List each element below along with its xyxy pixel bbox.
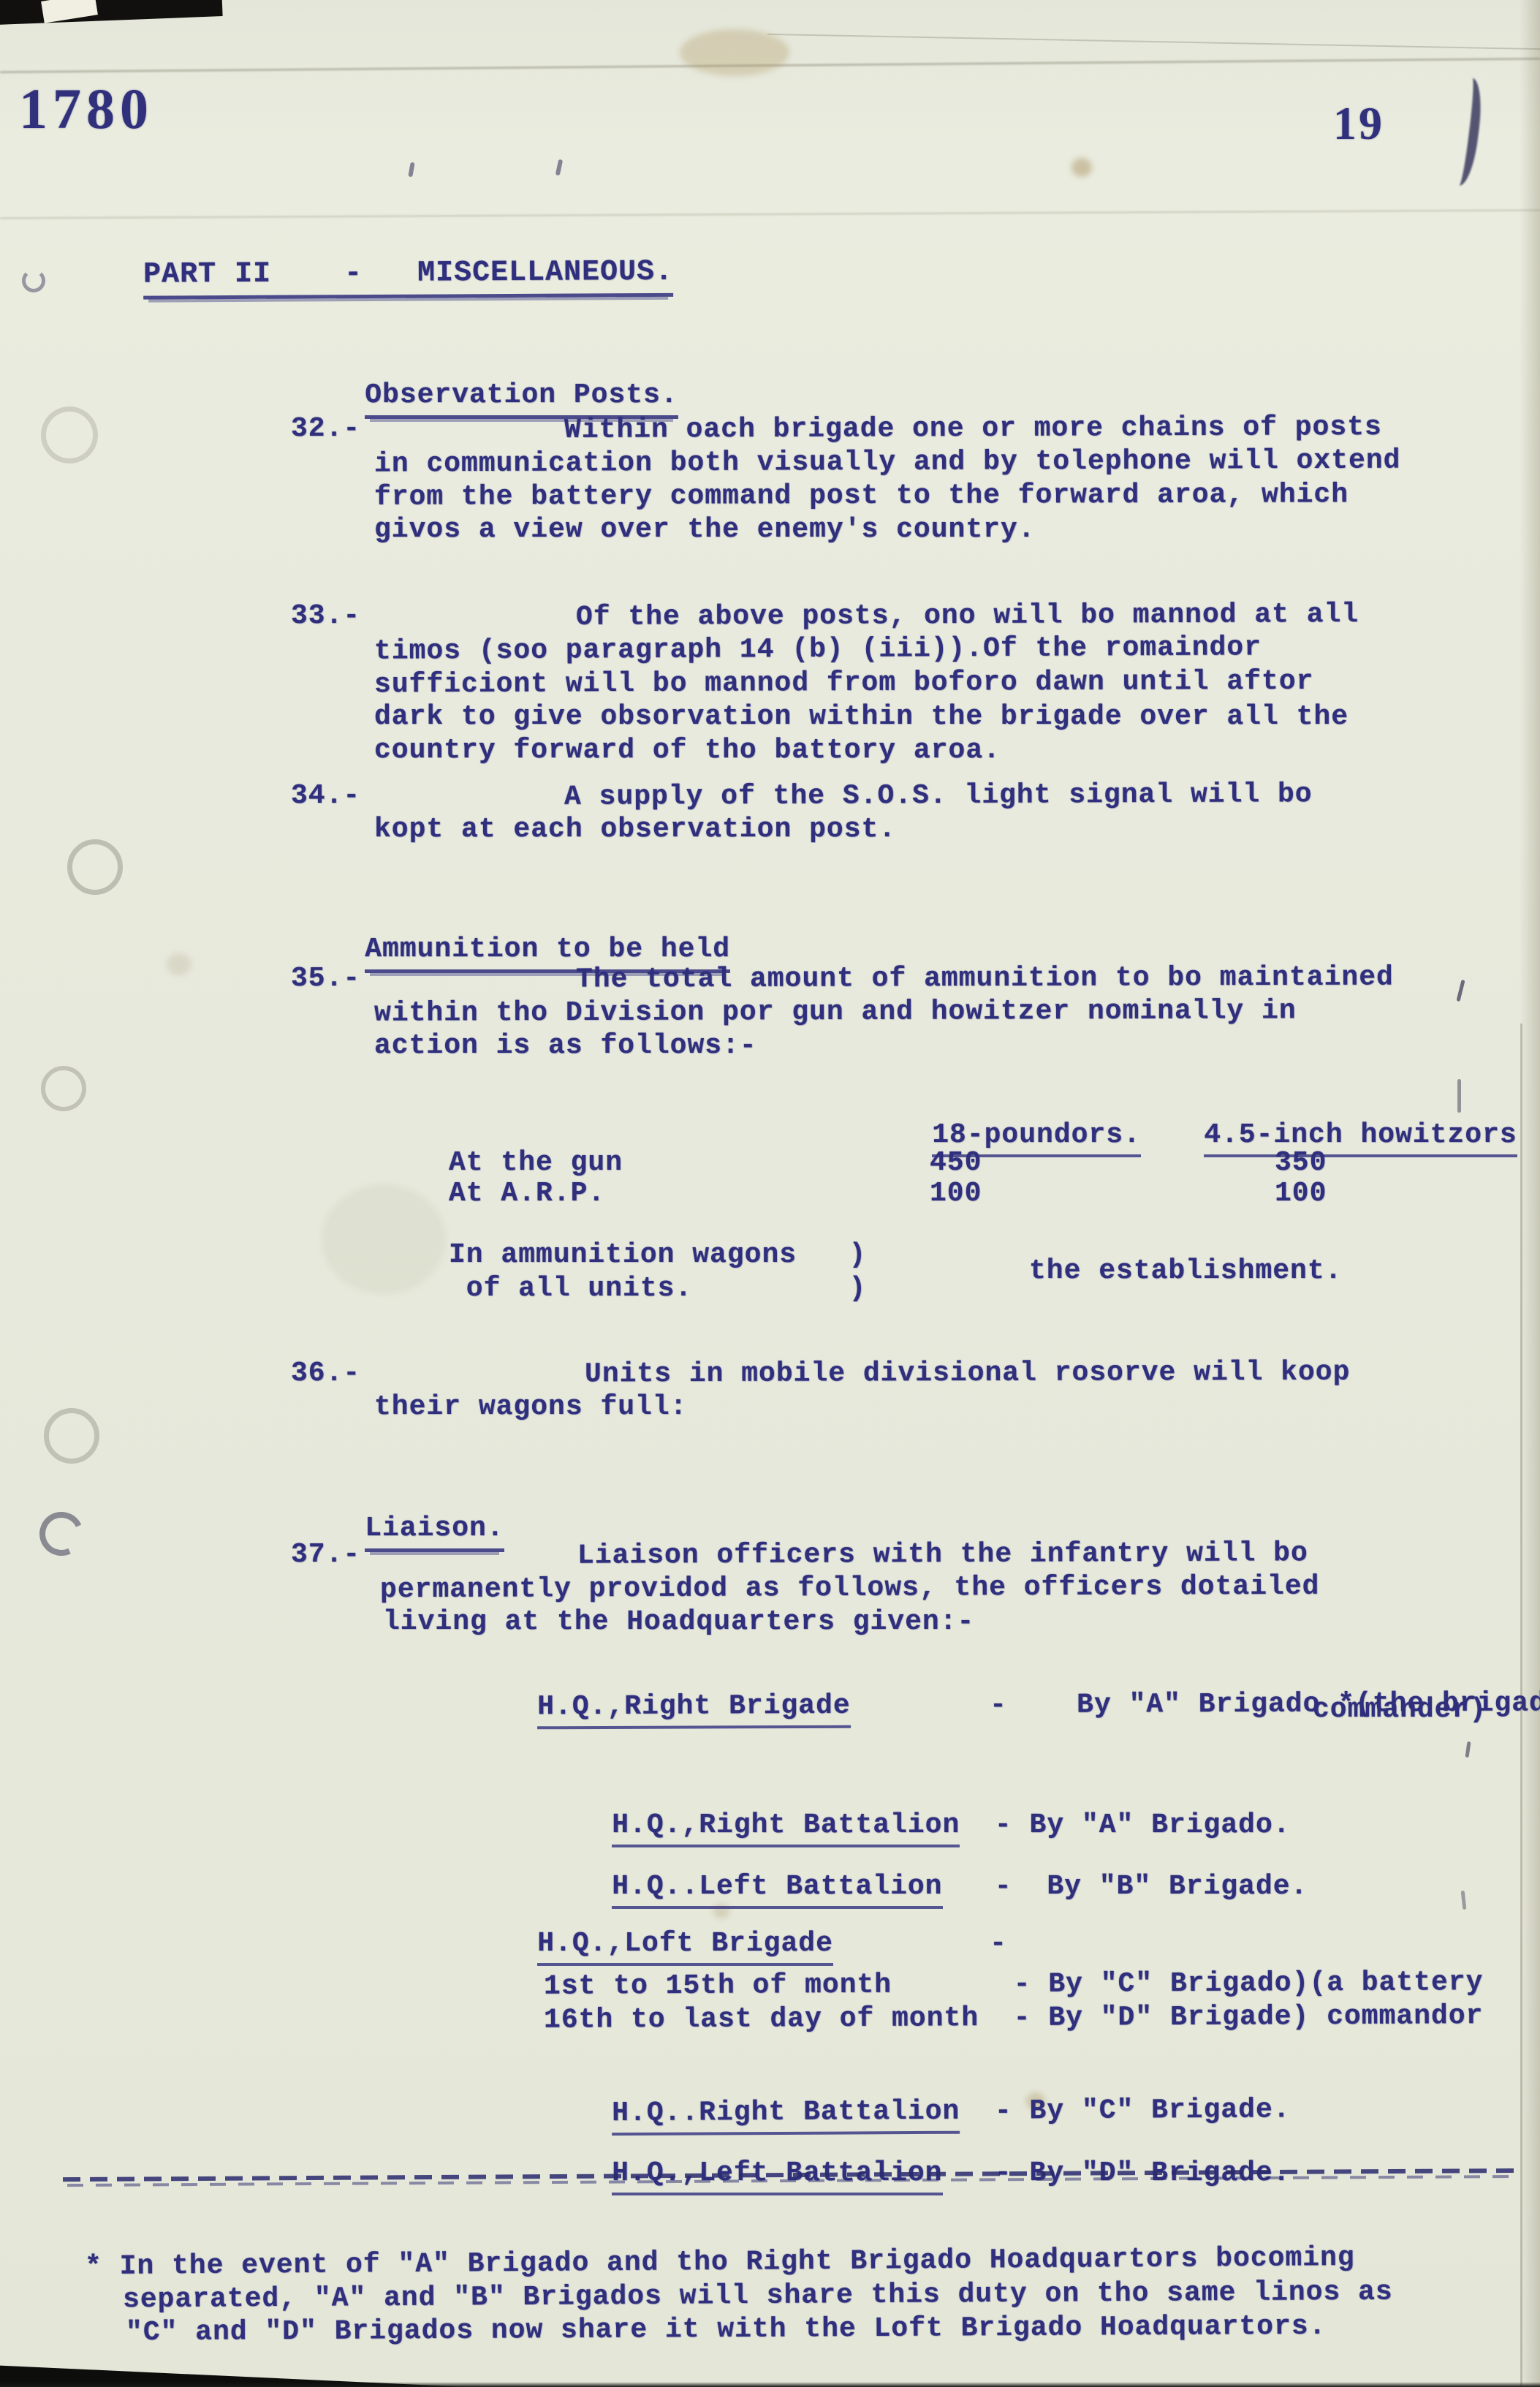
- para-37-line: living at the Hoadquarters given:-: [383, 1605, 974, 1639]
- para-33-line: timos (soo paragraph 14 (b) (iii)).Of th…: [374, 631, 1262, 668]
- para-33-line: dark to give obsorvation within the brig…: [374, 700, 1349, 734]
- ink-fleck: [1461, 1891, 1467, 1910]
- para-35-line: The total amount of ammunition to bo mai…: [576, 961, 1394, 997]
- hole-punch: [41, 1066, 86, 1111]
- para-33-line: sufficiont will bo mannod from boforo da…: [374, 665, 1314, 702]
- ink-fleck: [22, 269, 45, 292]
- stain: [1071, 158, 1092, 177]
- stain: [680, 29, 789, 76]
- hq-label: H.Q.,Loft Brigade: [537, 1928, 833, 1966]
- table-cell: 350: [1275, 1146, 1327, 1180]
- fold-line: [0, 58, 1540, 73]
- hole-punch: [34, 1506, 90, 1562]
- table-row-label: At the gun: [449, 1146, 623, 1180]
- para-34-line: kopt at each observation post.: [374, 813, 896, 847]
- hq-value: - By "C" Brigade.: [960, 2094, 1291, 2127]
- hq-sub-entry: 1st to 15th of month - By "C" Brigado)(a…: [544, 1966, 1484, 2004]
- para-36-line: Units in mobile divisional rosorve will …: [585, 1356, 1350, 1392]
- hq-label: H.Q.,Right Brigade: [537, 1690, 851, 1729]
- document-page: 1780 19 PART II - MISCELLANEOUS. Observa…: [0, 0, 1540, 2387]
- para-35-line: within tho Division por gun and howitzer…: [374, 994, 1297, 1030]
- table-header-text: 4.5-inch howitzors: [1204, 1119, 1517, 1157]
- para-33-number: 33.-: [291, 599, 360, 633]
- hole-punch: [41, 406, 98, 464]
- ink-fleck: [555, 159, 563, 176]
- page-number: 19: [1333, 97, 1384, 151]
- table-cell: 100: [1275, 1177, 1327, 1211]
- stain: [322, 1184, 446, 1294]
- footnote-line: "C" and "D" Brigados now share it with t…: [126, 2310, 1327, 2350]
- establishment-note: the establishment.: [1029, 1255, 1342, 1288]
- wagons-line: of all units. ): [449, 1272, 866, 1306]
- para-35-line: action is as follows:-: [374, 1029, 757, 1063]
- scan-corner-shadow: [0, 0, 223, 25]
- ink-fleck: [1456, 980, 1465, 1002]
- page-edge: [1520, 0, 1540, 2387]
- stain: [167, 953, 191, 975]
- part-title: PART II - MISCELLANEOUS.: [70, 222, 674, 326]
- hole-punch: [67, 839, 123, 895]
- file-stamp-number: 1780: [19, 76, 153, 142]
- para-32-line: givos a view over the enemy's country.: [374, 513, 1036, 547]
- ink-fleck: [408, 162, 414, 178]
- para-37-number: 37.-: [291, 1538, 360, 1572]
- scan-edge-shadow: [0, 2382, 1540, 2387]
- hole-punch: [44, 1408, 99, 1464]
- para-32-line: in communication both visually and by to…: [374, 445, 1401, 482]
- wagons-line: In ammunition wagons ): [449, 1238, 866, 1272]
- table-cell: 450: [930, 1146, 982, 1180]
- underlying-page-mark: [1444, 76, 1485, 187]
- fold-line: [767, 34, 1540, 50]
- para-32-line: from the battery command post to the for…: [374, 478, 1349, 514]
- section-heading-text: Liaison.: [365, 1513, 504, 1552]
- para-32-number: 32.-: [291, 412, 360, 446]
- hq-entry-continuation: commander): [1313, 1693, 1487, 1727]
- para-35-number: 35.-: [291, 962, 360, 996]
- para-34-line: A supply of the S.O.S. light signal will…: [564, 778, 1313, 814]
- hq-value: -: [833, 1928, 1007, 1959]
- part-title-text: PART II - MISCELLANEOUS.: [143, 256, 673, 300]
- table-col-header-18pdr: 18-poundors.: [862, 1085, 1141, 1186]
- hq-sub-entry: 16th to last day of month - By "D" Briga…: [544, 2000, 1484, 2038]
- para-36-line: their wagons full:: [374, 1391, 687, 1424]
- table-cell: 100: [930, 1177, 982, 1211]
- para-32-line: Within oach brigade one or more chains o…: [564, 411, 1382, 447]
- para-33-line: Of the above posts, ono will bo mannod a…: [576, 598, 1359, 635]
- para-37-line: Liaison officers with the infantry will …: [577, 1537, 1308, 1573]
- para-37-line: permanently providod as follows, the off…: [380, 1570, 1320, 1607]
- para-36-number: 36.-: [291, 1357, 360, 1391]
- table-row-label: At A.R.P.: [449, 1177, 605, 1211]
- fold-line: [0, 209, 1540, 219]
- para-34-number: 34.-: [291, 779, 360, 813]
- para-33-line: country forward of tho battory aroa.: [374, 734, 1001, 768]
